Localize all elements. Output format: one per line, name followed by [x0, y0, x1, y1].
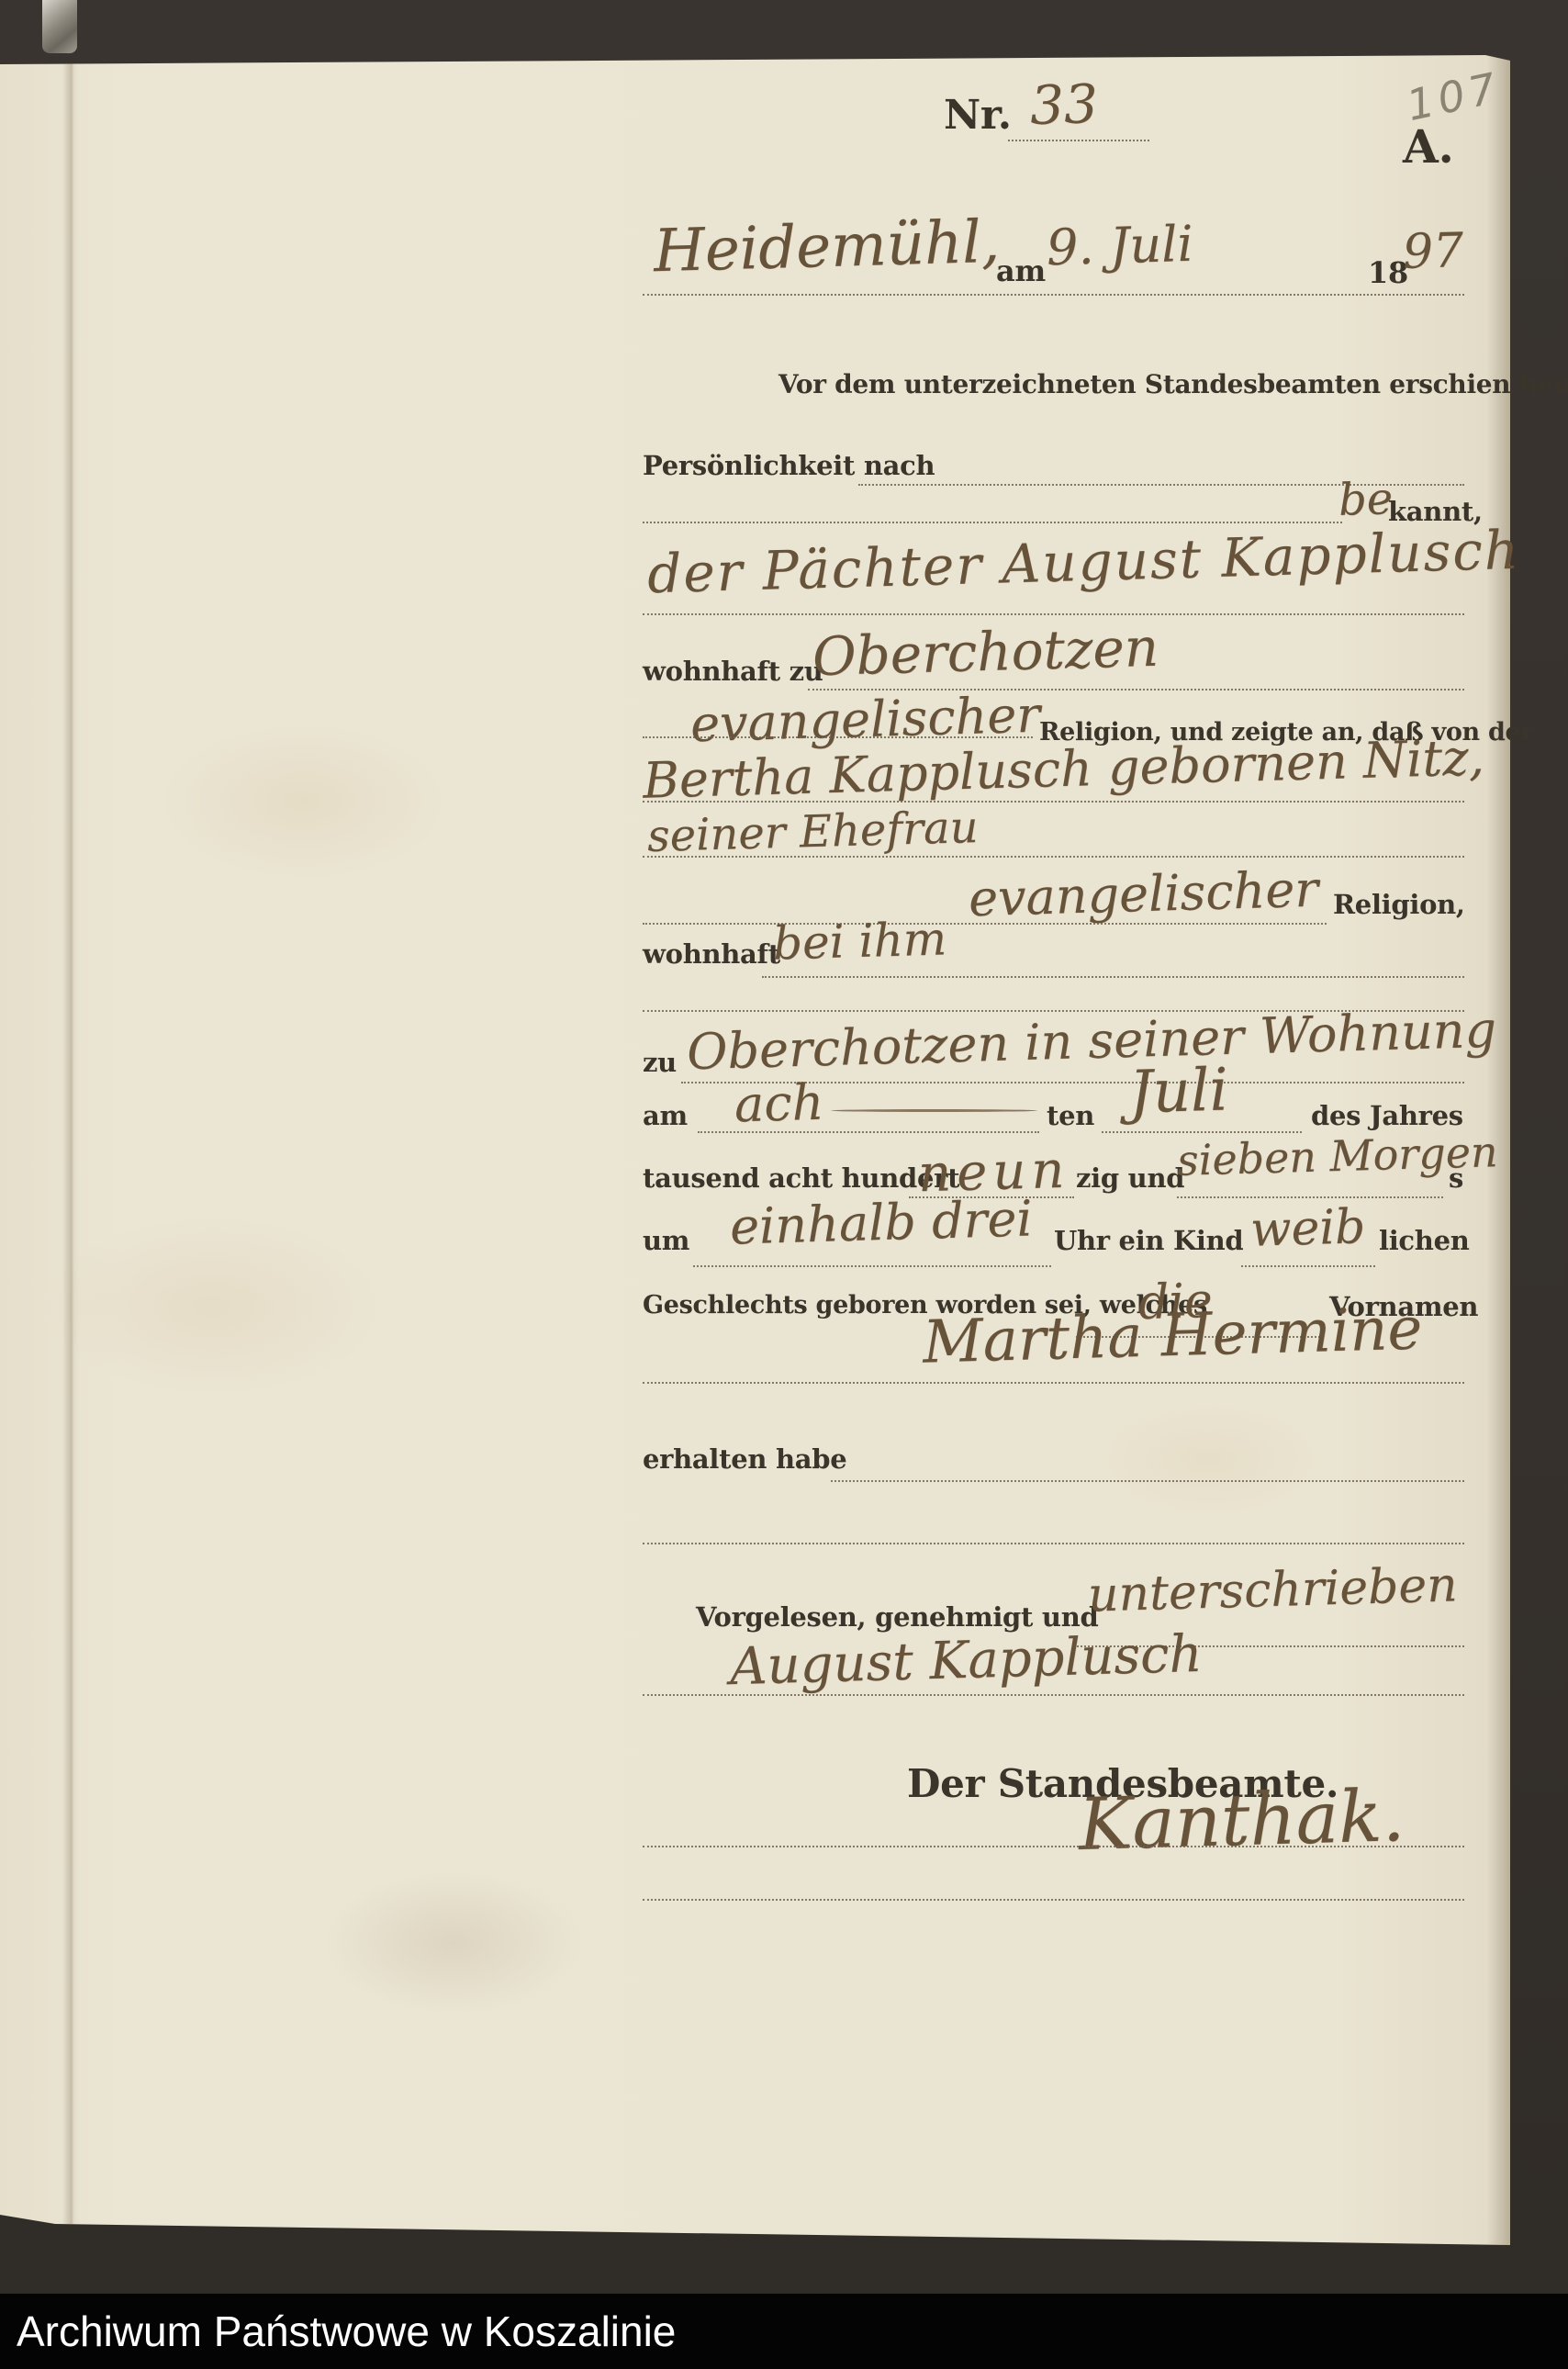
declarant-residence-handwritten: Oberchotzen	[812, 616, 1159, 689]
religion2-printed: Religion,	[1333, 889, 1465, 920]
pen-flourish	[831, 1109, 1037, 1112]
rule	[643, 294, 1464, 296]
am-label: am	[996, 253, 1046, 288]
tausend-label: tausend acht hundert	[643, 1162, 959, 1194]
record-number-value: 33	[1029, 73, 1099, 137]
s-label: s	[1449, 1162, 1463, 1194]
registrar-signature-handwritten: Kanthak.	[1078, 1775, 1406, 1867]
date-handwritten: 9. Juli	[1046, 215, 1193, 276]
zig-und-label: zig und	[1076, 1162, 1184, 1194]
rule	[643, 801, 1464, 803]
wohnhaft-zu-label: wohnhaft zu	[643, 656, 823, 687]
am2-label: am	[643, 1100, 688, 1131]
um-label: um	[643, 1225, 689, 1256]
persoenlichkeit-label: Persönlichkeit nach	[643, 450, 935, 481]
archive-watermark: Archiwum Państwowe w Koszalinie	[17, 2307, 676, 2356]
closing-handwritten: unterschrieben	[1087, 1557, 1458, 1622]
rule	[643, 613, 1464, 615]
ten-label: ten	[1047, 1100, 1094, 1131]
footer-bar: Archiwum Państwowe w Koszalinie	[0, 2294, 1568, 2369]
mother-residence-handwritten: bei ihm	[772, 912, 947, 970]
form-letter-a: A.	[1403, 119, 1454, 174]
rule	[1241, 1265, 1375, 1267]
rule	[643, 522, 1342, 523]
place-handwritten: Heidemühl,	[653, 208, 1001, 286]
zu-label: zu	[643, 1047, 677, 1078]
child-name-handwritten: Martha Hermine	[922, 1295, 1423, 1376]
birth-month-handwritten: Juli	[1128, 1057, 1229, 1128]
rule	[1177, 1196, 1443, 1198]
uhr-label: Uhr ein Kind	[1054, 1225, 1243, 1256]
birth-day-handwritten: ach	[734, 1073, 824, 1134]
rule	[693, 1265, 1051, 1267]
rule	[643, 1694, 1464, 1696]
record-number-label: Nr.	[944, 92, 1012, 139]
rule	[643, 1382, 1464, 1384]
rule	[643, 923, 1327, 925]
religion2-handwritten: evangelischer	[968, 860, 1319, 928]
rule	[1008, 140, 1149, 141]
mother-relation-handwritten: seiner Ehefrau	[646, 802, 979, 862]
bekannt-handwritten: be	[1338, 473, 1394, 526]
rule	[762, 976, 1464, 978]
rule	[643, 736, 1033, 738]
rule	[831, 1480, 1464, 1482]
des-jahres-label: des Jahres	[1311, 1100, 1463, 1131]
rule	[643, 1899, 1464, 1901]
rule	[643, 1846, 1464, 1847]
gender-handwritten: weib	[1249, 1199, 1366, 1257]
rule	[698, 1131, 1039, 1133]
page-crease	[62, 55, 79, 2250]
intro-printed: Vor dem unterzeichneten Standesbeamten e…	[778, 369, 1568, 399]
binding-clasp	[42, 0, 77, 53]
wohnhaft-label: wohnhaft	[643, 938, 780, 970]
rule	[643, 856, 1464, 858]
time-handwritten: einhalb drei	[729, 1189, 1033, 1255]
year-handwritten: 97	[1402, 223, 1464, 280]
rule	[643, 1543, 1464, 1544]
erhalten-label: erhalten habe	[643, 1443, 846, 1475]
lichen-label: lichen	[1379, 1225, 1470, 1256]
scanned-document-page: 107 A. Nr. 33 Heidemühl, am 9. Juli 18 9…	[0, 0, 1568, 2369]
